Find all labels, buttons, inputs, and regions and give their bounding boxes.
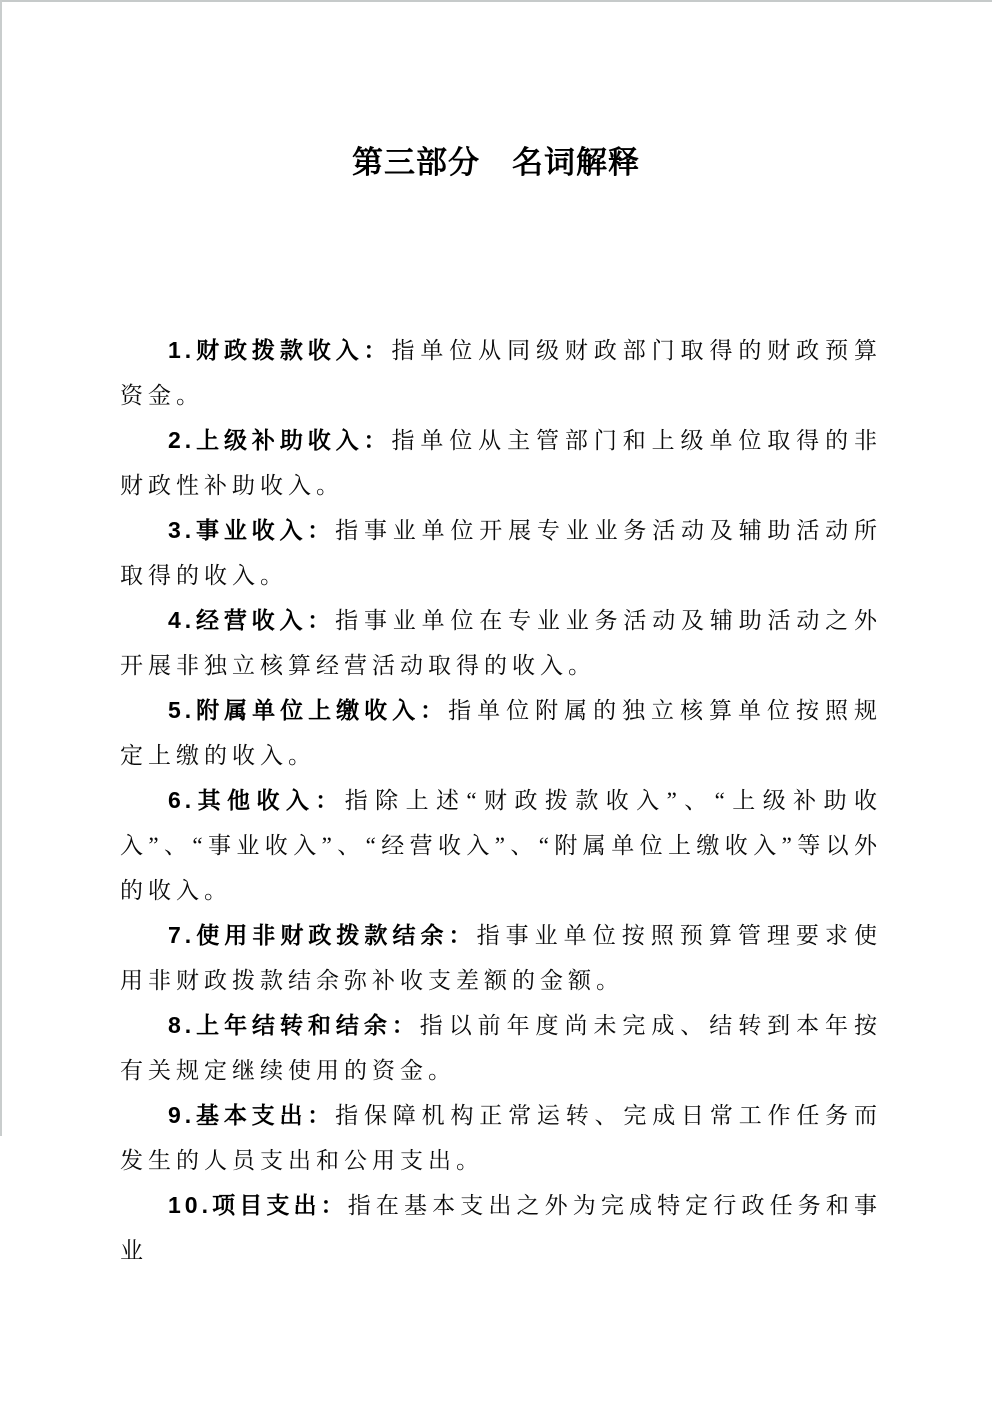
definition-item-4: 4.经营收入：指事业单位在专业业务活动及辅助活动之外开展非独立核算经营活动取得的… (120, 598, 882, 688)
term-label: 3.事业收入： (168, 517, 335, 543)
term-label: 8.上年结转和结余： (168, 1012, 420, 1038)
document-page: { "document": { "title": "第三部分 名词解释", "p… (0, 0, 992, 1403)
document-body: 1.财政拨款收入：指单位从同级财政部门取得的财政预算资金。 2.上级补助收入：指… (120, 328, 882, 1273)
page-edge-top (0, 0, 992, 2)
term-label: 7.使用非财政拨款结余： (168, 922, 477, 948)
term-label: 1.财政拨款收入： (168, 337, 391, 363)
term-label: 9.基本支出： (168, 1102, 335, 1128)
definition-item-8: 8.上年结转和结余：指以前年度尚未完成、结转到本年按有关规定继续使用的资金。 (120, 1003, 882, 1093)
definition-item-9: 9.基本支出：指保障机构正常运转、完成日常工作任务而发生的人员支出和公用支出。 (120, 1093, 882, 1183)
term-label: 5.附属单位上缴收入： (168, 697, 448, 723)
definition-item-2: 2.上级补助收入：指单位从主管部门和上级单位取得的非财政性补助收入。 (120, 418, 882, 508)
definition-item-5: 5.附属单位上缴收入：指单位附属的独立核算单位按照规定上缴的收入。 (120, 688, 882, 778)
term-label: 4.经营收入： (168, 607, 335, 633)
page-title: 第三部分 名词解释 (0, 144, 992, 182)
page-edge-left (0, 0, 2, 1136)
definition-item-10: 10.项目支出：指在基本支出之外为完成特定行政任务和事业 (120, 1183, 882, 1273)
definition-item-3: 3.事业收入：指事业单位开展专业业务活动及辅助活动所取得的收入。 (120, 508, 882, 598)
term-label: 2.上级补助收入： (168, 427, 391, 453)
definition-item-1: 1.财政拨款收入：指单位从同级财政部门取得的财政预算资金。 (120, 328, 882, 418)
definition-item-7: 7.使用非财政拨款结余：指事业单位按照预算管理要求使用非财政拨款结余弥补收支差额… (120, 913, 882, 1003)
term-label: 10.项目支出： (168, 1192, 348, 1218)
definition-item-6: 6.其他收入：指除上述“财政拨款收入”、“上级补助收入”、“事业收入”、“经营收… (120, 778, 882, 913)
term-label: 6.其他收入： (168, 787, 345, 813)
